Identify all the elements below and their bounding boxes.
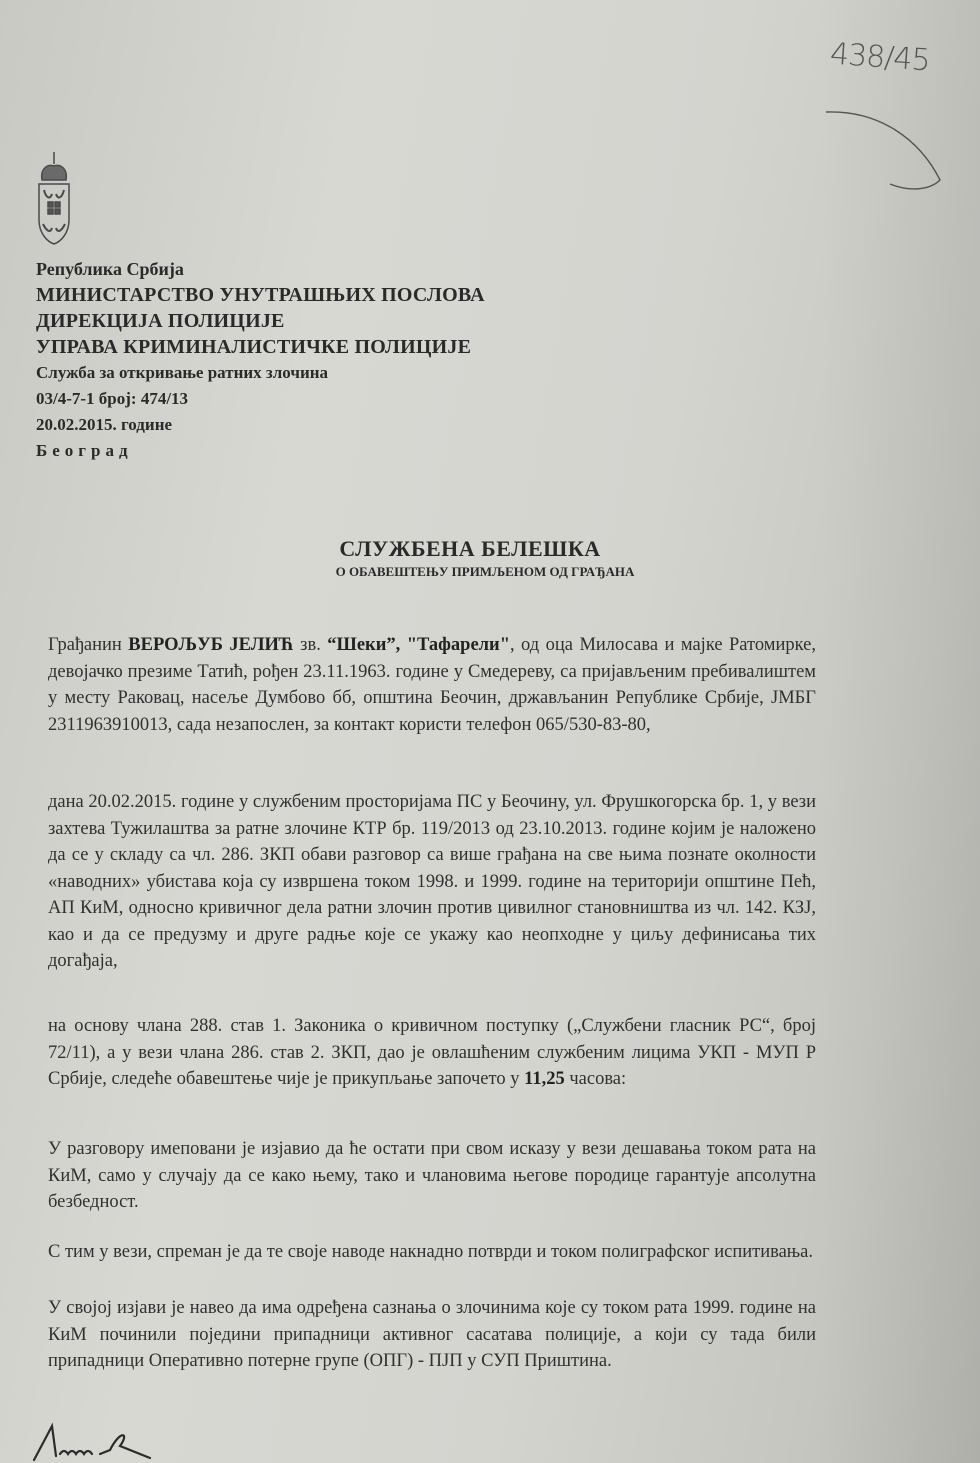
reference-number: 03/4-7-1 број: 474/13 xyxy=(36,386,485,412)
paragraph-context: дана 20.02.2015. године у службеним прос… xyxy=(48,789,816,975)
paragraph-legal-basis: на основу члана 288. став 1. Законика о … xyxy=(48,1013,816,1093)
document-page: 438/45 Република Србија МИНИСТАРСТВО УНУ… xyxy=(0,0,980,1463)
document-title: СЛУЖБЕНА БЕЛЕШКА xyxy=(0,536,980,562)
paragraph-statement: У разговору имеповани је изјавио да ће о… xyxy=(48,1136,816,1216)
paragraph-citizen-info: Грађанин ВЕРОЉУБ ЈЕЛИЋ зв. “Шеки”, "Тафа… xyxy=(48,632,816,738)
handwritten-mark-icon xyxy=(820,100,960,200)
document-city: Београд xyxy=(36,438,485,464)
document-date: 20.02.2015. године xyxy=(36,412,485,438)
directorate-name: ДИРЕКЦИЈА ПОЛИЦИЈЕ xyxy=(36,308,485,334)
handwritten-page-number: 438/45 xyxy=(829,37,931,79)
paragraph-text: зв. xyxy=(294,635,328,655)
letterhead: Република Србија МИНИСТАРСТВО УНУТРАШЊИХ… xyxy=(36,256,485,464)
administration-name: УПРАВА КРИМИНАЛИСТИЧКЕ ПОЛИЦИЈЕ xyxy=(36,334,485,360)
paragraph-text: часова: xyxy=(565,1069,626,1089)
title-block: СЛУЖБЕНА БЕЛЕШКА О ОБАВЕШТЕЊУ ПРИМЉЕНОМ … xyxy=(0,536,980,580)
signature-icon xyxy=(30,1420,180,1463)
document-subtitle: О ОБАВЕШТЕЊУ ПРИМЉЕНОМ ОД ГРАЂАНА xyxy=(0,564,980,580)
citizen-nicknames: “Шеки”, "Тафарели" xyxy=(327,635,510,655)
serbian-coat-of-arms-icon xyxy=(36,150,72,246)
paragraph-text: на основу члана 288. став 1. Законика о … xyxy=(48,1016,816,1089)
start-time: 11,25 xyxy=(524,1069,565,1089)
paragraph-text: Грађанин xyxy=(48,635,128,655)
paragraph-knowledge: У својој изјави је навео да има одређена… xyxy=(48,1295,816,1375)
photo-shading xyxy=(820,0,980,1463)
service-name: Служба за откривање ратних злочина xyxy=(36,360,485,386)
republic-name: Република Србија xyxy=(36,256,485,282)
citizen-name: ВЕРОЉУБ ЈЕЛИЋ xyxy=(128,635,293,655)
paragraph-polygraph: С тим у вези, спреман је да те своје нав… xyxy=(48,1239,816,1266)
ministry-name: МИНИСТАРСТВО УНУТРАШЊИХ ПОСЛОВА xyxy=(36,282,485,308)
